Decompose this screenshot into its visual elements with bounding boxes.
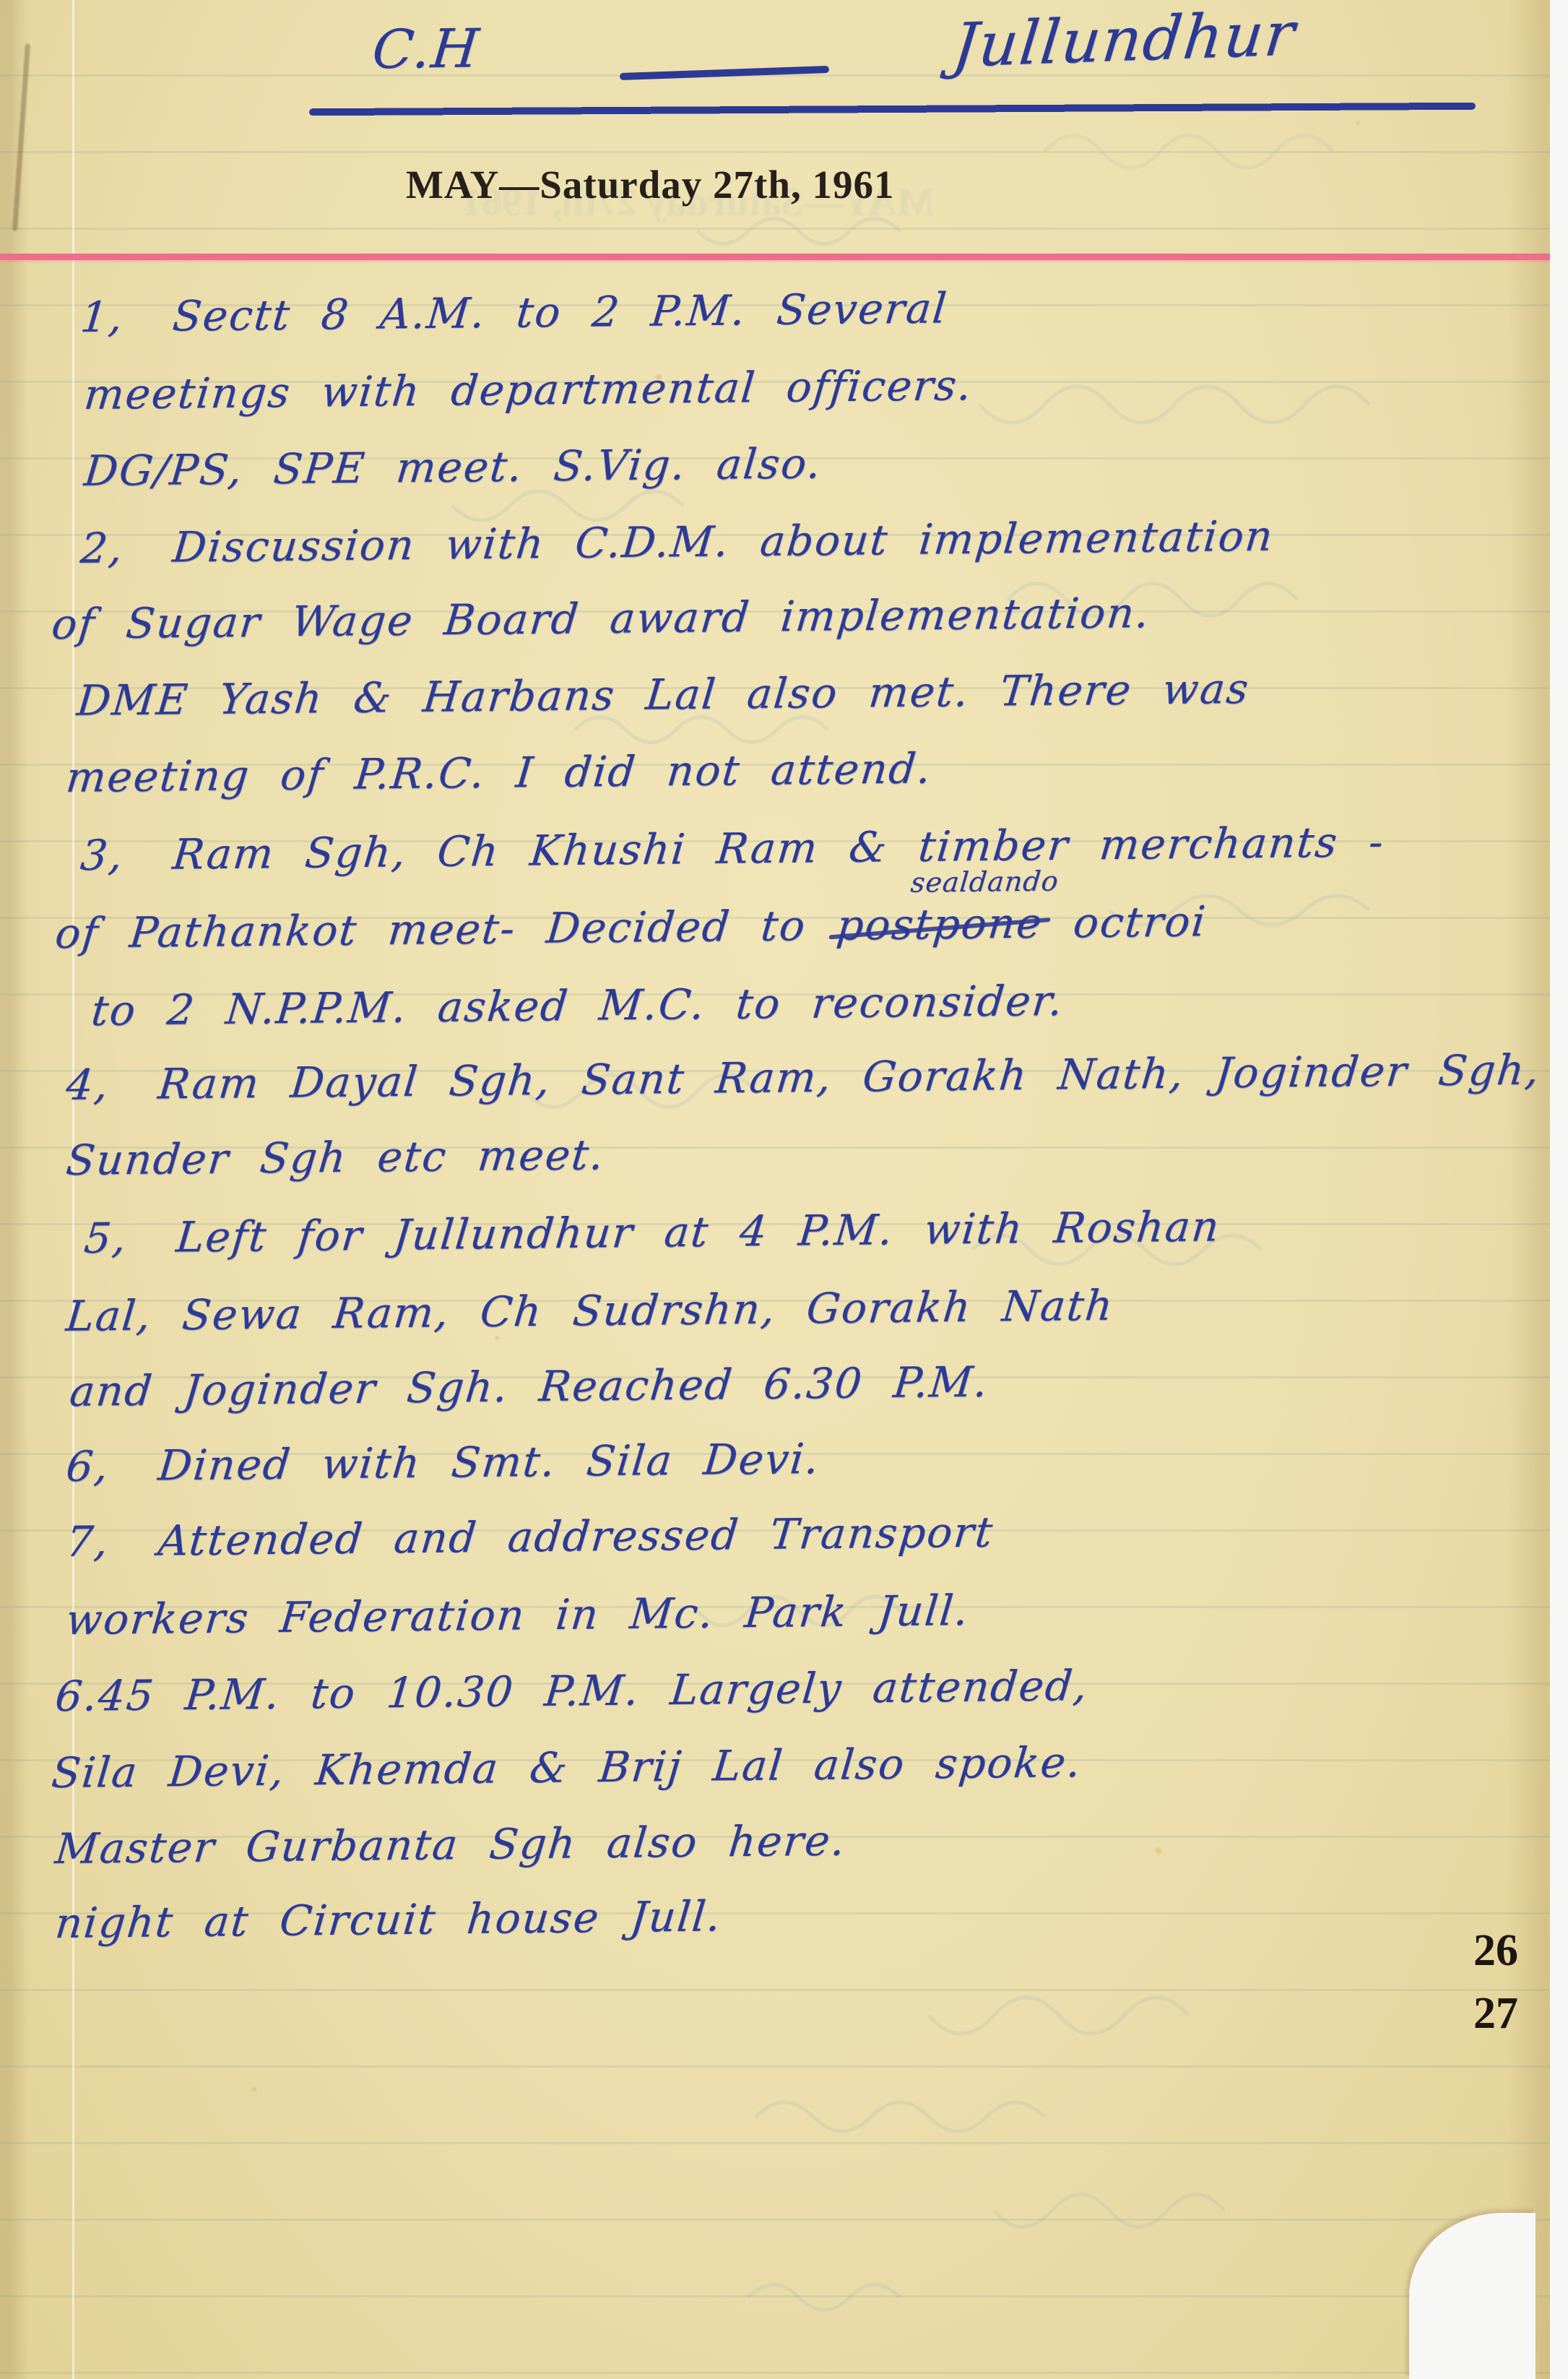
diary-line-text: meeting of P.R.C. I did not attend. (64, 743, 935, 802)
diary-line: DG/PS, SPE meet. S.Vig. also. (82, 439, 825, 496)
diary-line-text: and Joginder Sgh. Reached 6.30 P.M. (68, 1357, 992, 1416)
diary-line-text: meetings with departmental officers. (82, 360, 975, 419)
diary-line: of Sugar Wage Board award implementation… (50, 588, 1153, 649)
diary-line: workers Federation in Mc. Park Jull. (64, 1586, 972, 1644)
diary-line-text: Left for Jullundhur at 4 P.M. with Rosha… (174, 1202, 1223, 1262)
diary-line: DME Yash & Harbans Lal also met. There w… (75, 664, 1252, 725)
diary-line: to 2 N.P.P.M. asked M.C. to reconsider. (90, 976, 1066, 1035)
age-spots (0, 0, 1550, 2379)
diary-line: 5,Left for Jullundhur at 4 P.M. with Ros… (82, 1202, 1223, 1263)
diary-line-text: Dined with Smt. Sila Devi. (156, 1434, 822, 1490)
entry-number: 1, (79, 292, 126, 342)
diary-line: Sila Devi, Khemda & Brij Lal also spoke. (50, 1737, 1084, 1797)
diary-line-text: of Sugar Wage Board award implementation… (50, 588, 1153, 649)
entry-number: 2, (79, 523, 126, 573)
margin-rule-line (72, 0, 74, 2379)
diary-line-text: Ram Sgh, Ch Khushi Ram & timber merchant… (170, 817, 1387, 879)
diary-line: 1,Sectt 8 A.M. to 2 P.M. Several (79, 283, 950, 342)
diary-line: 3,Ram Sgh, Ch Khushi Ram & timber mercha… (79, 817, 1387, 880)
diary-line: Sunder Sgh etc meet. (64, 1130, 607, 1185)
diary-line-text: Discussion with C.D.M. about implementat… (170, 511, 1276, 572)
diary-line: 4,Ram Dayal Sgh, Sant Ram, Gorakh Nath, … (64, 1045, 1543, 1110)
diary-line-text: DG/PS, SPE meet. S.Vig. also. (82, 439, 825, 496)
entry-number: 5, (82, 1213, 130, 1263)
ink-underline-short (620, 66, 829, 80)
diary-line-text: workers Federation in Mc. Park Jull. (64, 1586, 972, 1644)
diary-line: 2,Discussion with C.D.M. about implement… (79, 511, 1276, 573)
entry-number: 3, (79, 830, 126, 880)
diary-line-text: Ram Dayal Sgh, Sant Ram, Gorakh Nath, Jo… (156, 1045, 1543, 1109)
diary-line: meeting of P.R.C. I did not attend. (64, 743, 935, 802)
diary-line-text: 6.45 P.M. to 10.30 P.M. Largely attended… (53, 1661, 1091, 1721)
diary-line: night at Circuit house Jull. (53, 1891, 724, 1948)
page-number: 26 (1410, 1925, 1518, 1977)
struck-word-text: postpone (834, 899, 1045, 950)
diary-line-text: Sila Devi, Khemda & Brij Lal also spoke. (50, 1737, 1084, 1797)
scanned-diary-page: { "page": { "printed_date": "MAY—Saturda… (0, 0, 1568, 2379)
torn-corner (1409, 2213, 1535, 2379)
diary-line-text: Sectt 8 A.M. to 2 P.M. Several (170, 283, 950, 340)
diary-line-text: Lal, Sewa Ram, Ch Sudrshn, Gorakh Nath (64, 1281, 1117, 1341)
struck-word: postponesealdando (834, 899, 1045, 950)
entry-number: 4, (64, 1060, 112, 1110)
diary-line: 7,Attended and addressed Transport (64, 1508, 996, 1566)
diary-line: of Pathankot meet- Decided to postponese… (53, 897, 1209, 958)
inserted-word: sealdando (909, 865, 1060, 899)
diary-line-text: night at Circuit house Jull. (53, 1891, 724, 1948)
diary-line: 6.45 P.M. to 10.30 P.M. Largely attended… (53, 1661, 1091, 1721)
bleed-through-texture (0, 0, 1550, 2379)
entry-number: 7, (64, 1516, 112, 1566)
diary-line-text: octroi (1041, 897, 1209, 947)
diary-line-text: of Pathankot meet- Decided to (53, 901, 839, 958)
entry-number: 6, (64, 1441, 112, 1491)
paper-crease (12, 43, 30, 231)
diary-line: Master Gurbanta Sgh also here. (53, 1816, 849, 1873)
diary-line-text: Master Gurbanta Sgh also here. (53, 1816, 849, 1873)
diary-line: meetings with departmental officers. (82, 360, 975, 419)
diary-line: 6,Dined with Smt. Sila Devi. (64, 1434, 823, 1491)
scanner-background-strip (1550, 0, 1568, 2379)
diary-line: Lal, Sewa Ram, Ch Sudrshn, Gorakh Nath (64, 1281, 1117, 1341)
diary-paper: C.H Jullundhur MAY—Saturday 27th, 1961 M… (0, 0, 1550, 2379)
location-note: Jullundhur (950, 0, 1299, 81)
diary-line-text: Sunder Sgh etc meet. (64, 1130, 607, 1185)
diary-line-text: DME Yash & Harbans Lal also met. There w… (75, 664, 1252, 725)
page-number: 27 (1410, 1988, 1518, 2039)
diary-line: and Joginder Sgh. Reached 6.30 P.M. (68, 1357, 992, 1416)
diary-line-text: to 2 N.P.P.M. asked M.C. to reconsider. (90, 976, 1066, 1035)
diary-line-text: Attended and addressed Transport (156, 1508, 996, 1566)
header-divider-rule (0, 254, 1550, 260)
corner-note: C.H (370, 17, 482, 81)
ink-underline-long (309, 103, 1476, 116)
printed-date-header: MAY—Saturday 27th, 1961 (406, 162, 894, 207)
